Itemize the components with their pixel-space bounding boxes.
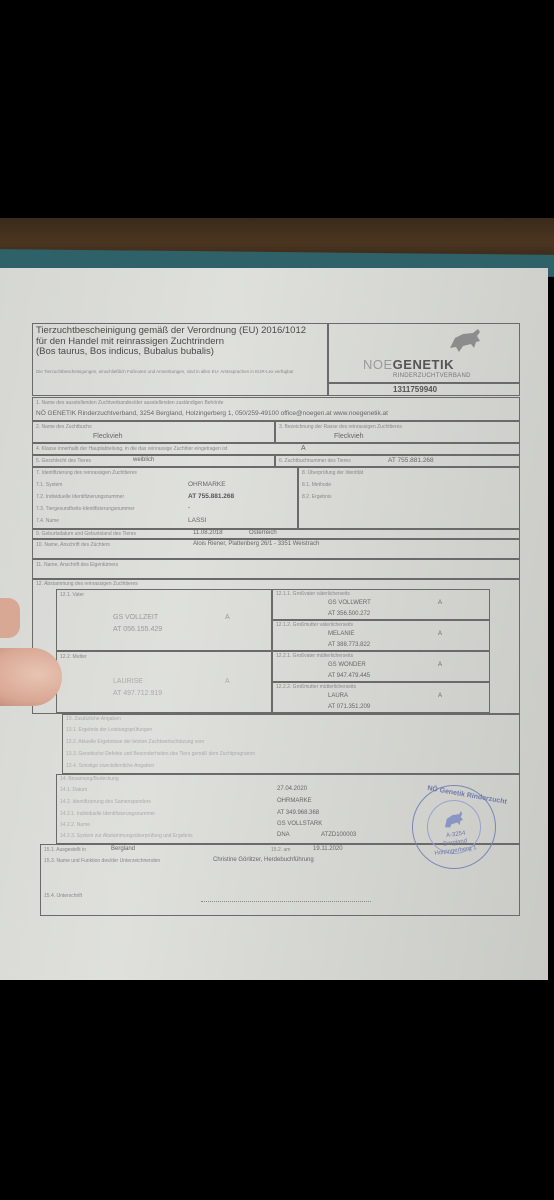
- field-9: 9. Geburtsdatum und Geburtsland des Tier…: [32, 529, 520, 539]
- pedigree-sire-dam: 12.1.2. Großmutter väterlicherseits MELA…: [272, 620, 490, 651]
- field-3: 3. Bezeichnung der Rasse des reinrassige…: [275, 421, 520, 443]
- field-10: 10. Name, Anschrift des Züchters Alois R…: [32, 539, 520, 559]
- title-box: Tierzuchtbescheinigung gemäß der Verordn…: [32, 323, 328, 396]
- logo-box: NOEGENETIK RINDERZUCHTVERBAND: [328, 323, 520, 383]
- logo-text: NOEGENETIK: [363, 357, 454, 372]
- field-5: 5. Geschlecht des Tieres weiblich: [32, 455, 275, 467]
- certificate-title: Tierzuchtbescheinigung gemäß der Verordn…: [36, 326, 306, 358]
- certificate-number-box: 1311759940: [328, 383, 520, 396]
- thumb: [0, 648, 62, 706]
- pedigree-dam: 12.2. Mutter LAURISE AT 497.712.919 A: [56, 651, 272, 713]
- field-4: 4. Klasse innerhalb der Hauptabteilung, …: [32, 443, 520, 455]
- field-6: 6. Zuchtbuchnummer des Tieres AT 755.881…: [275, 455, 520, 467]
- pedigree-dam-sire: 12.2.1. Großvater mütterlicherseits GS W…: [272, 651, 490, 682]
- issuer-value: NÖ GENETIK Rinderzuchtverband, 3254 Berg…: [36, 410, 388, 417]
- pedigree-dam-dam: 12.2.2. Großmutter mütterlicherseits LAU…: [272, 682, 490, 713]
- signature-line: [201, 901, 371, 902]
- pedigree-sire-sire: 12.1.1. Großvater väterlicherseits GS VO…: [272, 589, 490, 620]
- section-13: 13. Zusätzliche Angaben 13.1. Ergebnis d…: [62, 714, 520, 774]
- footnote: Die Tierzuchtbescheinigungen, einschließ…: [36, 369, 326, 375]
- field-1: 1. Name des ausstellenden Zuchtverbandes…: [32, 397, 520, 421]
- field-7: 7. Identifizierung des reinrassigen Zuch…: [32, 467, 298, 529]
- field-2: 2. Name des Zuchtbuchs Fleckvieh: [32, 421, 275, 443]
- logo-subtitle: RINDERZUCHTVERBAND: [393, 373, 471, 379]
- certificate-number: 1311759940: [393, 385, 437, 394]
- field-8: 8. Überprüfung der Identität 8.1. Method…: [298, 467, 520, 529]
- field-11: 11. Name, Anschrift des Eigentümers: [32, 559, 520, 579]
- bull-logo-icon: [447, 328, 483, 354]
- finger: [0, 598, 20, 638]
- pedigree-sire: 12.1. Vater GS VOLLZEIT AT 056.155.429 A: [56, 589, 272, 651]
